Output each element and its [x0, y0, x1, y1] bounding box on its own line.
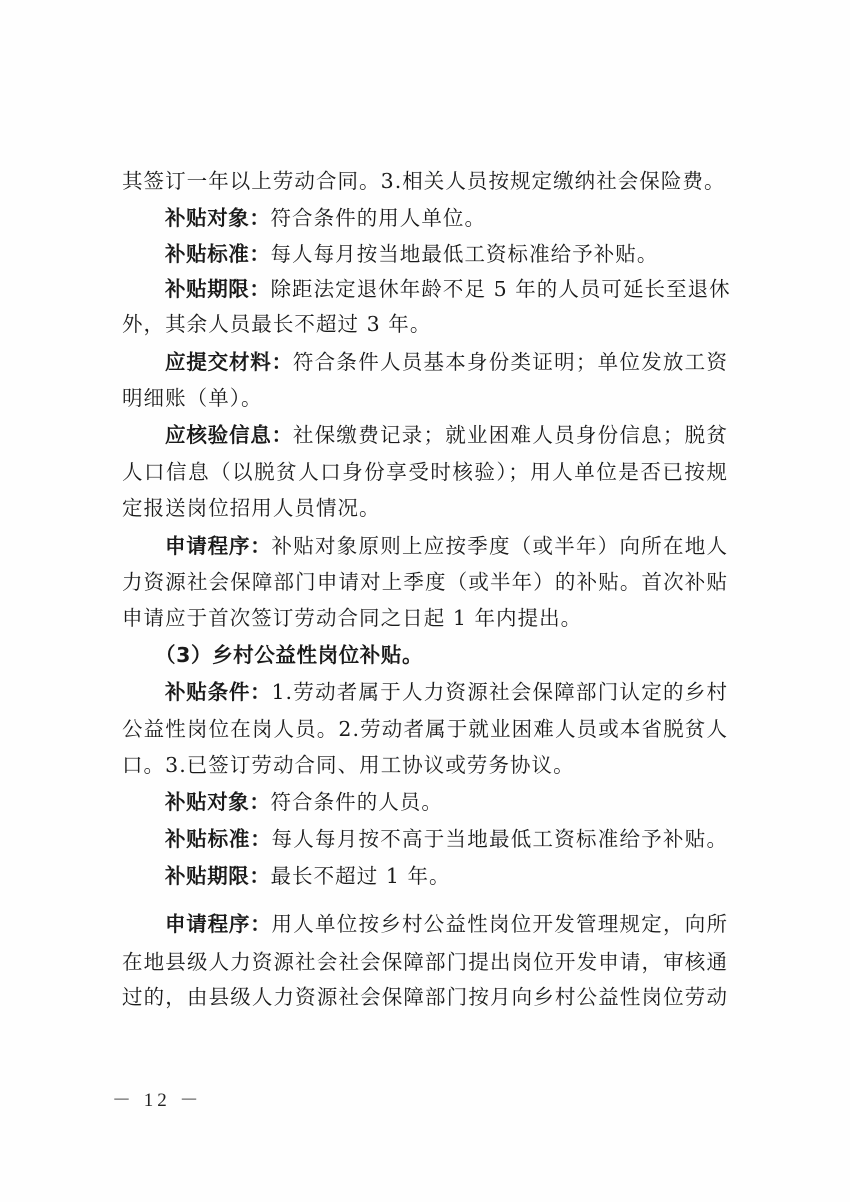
line-label: 申请程序：: [165, 912, 272, 936]
text-line: 应核验信息：社保缴费记录；就业困难人员身份信息；脱贫: [165, 420, 728, 450]
line-label: 应提交材料：: [165, 350, 293, 374]
line-label: 补贴对象：: [165, 790, 271, 814]
text-line: 定报送岗位招用人员情况。: [122, 493, 728, 523]
text-line: 补贴条件：1.劳动者属于人力资源社会保障部门认定的乡村: [165, 677, 728, 707]
line-label: 补贴对象：: [165, 206, 271, 230]
line-text: 每人每月按当地最低工资标准给予补贴。: [271, 242, 659, 266]
line-label: 申请程序：: [165, 534, 272, 558]
line-text: 1.劳动者属于人力资源社会保障部门认定的乡村: [271, 680, 728, 704]
text-line: 其签订一年以上劳动合同。3.相关人员按规定缴纳社会保险费。: [122, 166, 728, 196]
section-heading: （3）乡村公益性岗位补贴。: [155, 640, 718, 670]
text-line: 补贴对象：符合条件的用人单位。: [165, 203, 728, 233]
line-label: 补贴标准：: [165, 827, 272, 851]
text-line: 过的，由县级人力资源社会保障部门按月向乡村公益性岗位劳动: [122, 982, 728, 1012]
line-text: 其签订一年以上劳动合同。3.相关人员按规定缴纳社会保险费。: [122, 169, 726, 193]
text-line: 补贴期限：最长不超过 1 年。: [165, 861, 728, 891]
line-text: 最长不超过 1 年。: [271, 864, 451, 888]
line-text: 符合条件的用人单位。: [271, 206, 487, 230]
line-text: 每人每月按不高于当地最低工资标准给予补贴。: [272, 827, 729, 851]
line-label: 补贴条件：: [165, 680, 271, 704]
line-label: 补贴标准：: [165, 242, 271, 266]
document-page: 其签订一年以上劳动合同。3.相关人员按规定缴纳社会保险费。 补贴对象：符合条件的…: [0, 0, 850, 1202]
text-line: 在地县级人力资源社会社会保障部门提出岗位开发申请，审核通: [122, 947, 728, 977]
line-text: 补贴对象原则上应按季度（或半年）向所在地人: [272, 534, 729, 558]
line-text: 明细账（单）。: [122, 386, 263, 410]
text-line: 力资源社会保障部门申请对上季度（或半年）的补贴。首次补贴: [122, 567, 728, 597]
text-line: 补贴期限：除距法定退休年龄不足 5 年的人员可延长至退休: [165, 274, 728, 304]
line-text: 人口信息（以脱贫人口身份享受时核验）；用人单位是否已按规: [122, 460, 728, 484]
line-label: 应核验信息：: [165, 423, 293, 447]
line-text: 用人单位按乡村公益性岗位开发管理规定，向所: [272, 912, 729, 936]
text-line: 应提交材料：符合条件人员基本身份类证明；单位发放工资: [165, 347, 728, 377]
line-text: 符合条件人员基本身份类证明；单位发放工资: [293, 350, 728, 374]
text-line: 明细账（单）。: [122, 383, 728, 413]
text-line: 补贴标准：每人每月按不高于当地最低工资标准给予补贴。: [165, 824, 728, 854]
line-text: 除距法定退休年龄不足 5 年的人员可延长至退休: [271, 277, 731, 301]
line-text: 过的，由县级人力资源社会保障部门按月向乡村公益性岗位劳动: [122, 985, 728, 1009]
line-label: 补贴期限：: [165, 277, 271, 301]
line-text: 外，其余人员最长不超过 3 年。: [122, 312, 431, 336]
text-line: 公益性岗位在岗人员。2.劳动者属于就业困难人员或本省脱贫人: [122, 714, 728, 744]
line-text: 定报送岗位招用人员情况。: [122, 496, 381, 520]
text-line: 申请应于首次签订劳动合同之日起 1 年内提出。: [122, 603, 728, 633]
text-line: 人口信息（以脱贫人口身份享受时核验）；用人单位是否已按规: [122, 457, 728, 487]
text-line: 口。3.已签订劳动合同、用工协议或劳务协议。: [122, 750, 728, 780]
text-line: 申请程序：用人单位按乡村公益性岗位开发管理规定，向所: [165, 909, 728, 939]
line-text: 公益性岗位在岗人员。2.劳动者属于就业困难人员或本省脱贫人: [122, 717, 728, 741]
line-text: 申请应于首次签订劳动合同之日起 1 年内提出。: [122, 606, 582, 630]
line-text: 在地县级人力资源社会社会保障部门提出岗位开发申请，审核通: [122, 950, 728, 974]
line-label: 补贴期限：: [165, 864, 271, 888]
text-line: 申请程序：补贴对象原则上应按季度（或半年）向所在地人: [165, 531, 728, 561]
text-line: 补贴标准：每人每月按当地最低工资标准给予补贴。: [165, 239, 728, 269]
line-text: 社保缴费记录；就业困难人员身份信息；脱贫: [293, 423, 728, 447]
line-text: 力资源社会保障部门申请对上季度（或半年）的补贴。首次补贴: [122, 570, 728, 594]
text-line: 补贴对象：符合条件的人员。: [165, 787, 728, 817]
line-text: 口。3.已签订劳动合同、用工协议或劳务协议。: [122, 753, 575, 777]
text-line: 外，其余人员最长不超过 3 年。: [122, 309, 728, 339]
line-text: 符合条件的人员。: [271, 790, 443, 814]
heading-text: （3）乡村公益性岗位补贴。: [155, 643, 423, 667]
page-number: － 12 －: [112, 1085, 203, 1112]
